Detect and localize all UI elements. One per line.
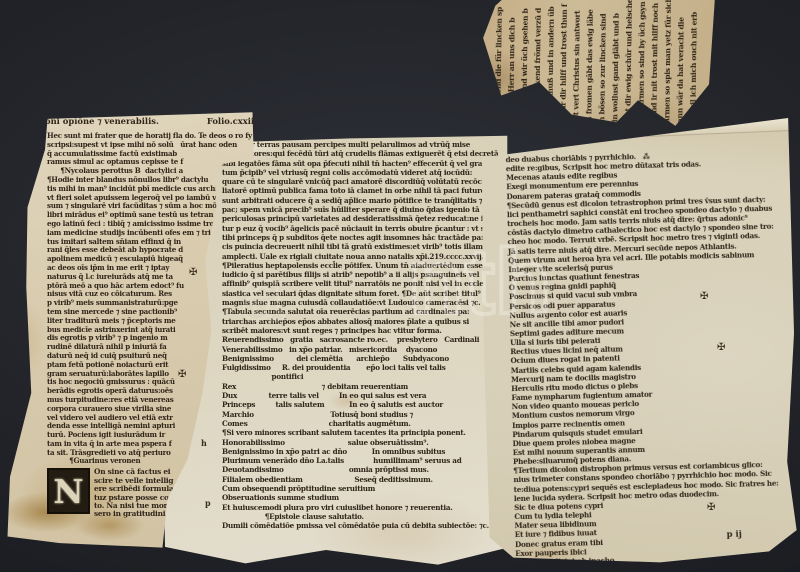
latin-text-line: Plurimum venerādo dn̄o La.talis humillim… [222, 456, 504, 465]
latin-text-line: ¶Epistole clause salutatio. [222, 512, 504, 521]
photo-of-incunabula-fragments: n werdend die für lincken spntil du Herr… [0, 0, 800, 572]
quire-letter-p: p [205, 499, 211, 507]
running-head: ōni opīōne ⁊ venerabilis. Folio.cxxii. [45, 116, 255, 126]
latin-text-line: tum p̄cipib⁹ vel vtriusq̄ regni colis ac… [222, 168, 504, 177]
latin-text-line: Rex ⁊ debitam reuerentiam [222, 382, 504, 391]
printed-cross-mark: ✠ [700, 292, 708, 302]
decorated-initial-N: N [47, 468, 90, 514]
printed-cross-mark: ✠ [189, 268, 197, 278]
latin-text-line: siastica vel seculari q̄das dignitate si… [222, 289, 504, 298]
printed-cross-mark: ✠ [178, 370, 186, 380]
latin-text-line: Fulgidissimo R. dei prouidentia ep̄o loc… [222, 363, 504, 372]
latin-text-line: quare cū te singularē vnicūq̄ paci amato… [222, 177, 504, 186]
rotated-text-block: n werdend die für lincken spntil du Herr… [491, 0, 711, 124]
latin-text-line: affinib⁹ quispiā scribere velit titul⁹ n… [222, 279, 504, 288]
latin-text-line: Filialem obedientiam Seseq̄ deditissimum… [222, 475, 504, 484]
latin-text-line: Marchio Totiusq̄ boni studius ⁊ [222, 410, 504, 419]
fragment-right-horace: deo duabus choriābis ⁊ pyrrhichio. ⁂edit… [477, 104, 800, 569]
quire-signature: p ij [727, 530, 742, 540]
printed-cross-mark: ✠ [717, 343, 725, 353]
latin-text-line: cis puincia decreuerit nihil tibi tā gra… [222, 242, 504, 251]
latin-text-line: tibi princeps q̄ p subditos q̄ete noctes… [222, 233, 504, 242]
latin-text-line: ¶Si vero minores scribant salutem tacent… [222, 428, 504, 437]
latin-text-line: tur p euz q̄ vocib⁹ āgelicis pacē nūciau… [222, 224, 504, 233]
latin-text-line: ¶Pileratius heptapolensis eccl̄ie pōtife… [222, 261, 504, 270]
german-text-line: n werdend die für lincken sp [491, 0, 506, 121]
latin-text-line: sunt arbitrati oducere q̄ a sediq̄ ap̄li… [222, 196, 504, 205]
running-title: ōni opīōne ⁊ venerabilis. [45, 116, 159, 126]
fragment-top-german: n werdend die für lincken spntil du Herr… [477, 0, 715, 138]
quire-letter-h: h [201, 439, 207, 447]
latin-text-line: Reuerendissimo gratia sacrosancte ro.ec.… [222, 335, 504, 344]
latin-text-line: Venerabilissimo in xp̄o patriar. miseric… [222, 345, 504, 354]
german-text-line: anck nackend frömd verzū d [530, 0, 545, 121]
latin-text-line: liatorē optimū publica fama toto iā clam… [222, 186, 504, 195]
latin-text-line: Dumili cōmēdatiōe pmissa vel cōmēdatōe p… [222, 521, 504, 530]
folio-number: Folio.cxxii. [207, 116, 255, 126]
latin-text-line: Obseruationis summe studium [222, 493, 504, 502]
initial-adjacent-lines: On sine cā factus eiscire te velle intel… [94, 468, 176, 518]
latin-text-line: triarchas archiep̄os ep̄os abbates alios… [222, 317, 504, 326]
right-text-block: deo duabus choriābis ⁊ pyrrhichio. ⁂edit… [506, 148, 794, 567]
printed-cross-mark: ✠ [707, 503, 715, 513]
latin-text-line: pontifici [222, 372, 504, 381]
latin-text-line: ¶Tabula secunda salutat oīa reuerēcias p… [222, 307, 504, 316]
latin-text-line: gnāuiter terras pausam percipes multi pe… [222, 140, 504, 149]
latin-text-line: scribēt maiores:vt sunt reges ⁊ principe… [222, 326, 504, 335]
latin-text-line: pac; spem vnicā precib⁹ suīs hūiliter sp… [222, 205, 504, 214]
center-text-block: gnāuiter terras pausam percipes multi pe… [222, 140, 504, 530]
latin-text-line: magnis siue magna cuiusdā collaudatiōe:v… [222, 298, 504, 307]
latin-text-line: Cum obsequendi prōptitudine seruitium [222, 484, 504, 493]
latin-text-line: periculosas principū varietates ad desid… [222, 214, 504, 223]
latin-text-line: Et huiuscemodi plura pro viri cuiuslibet… [222, 503, 504, 512]
latin-text-line: Deuotandissimo omnia prōptissi mus. [222, 465, 504, 474]
latin-text-line: Comes charitatis augmētum. [222, 419, 504, 428]
latin-text-line: iudicio q̄ si parētibus filijs si atrib⁹… [222, 270, 504, 279]
german-text-line: ntil du Herr an uns dich b [504, 0, 519, 121]
latin-text-line: Honorabilissimo salue obseruātissim⁹. [222, 438, 504, 447]
latin-text-line: Benignissimo in xp̄o patri ac dn̄o In om… [222, 447, 504, 456]
latin-text-line: sero in gratitudini [94, 510, 176, 518]
latin-text-line: rint oratores:qui fecēdū tūri atq̄ crude… [222, 149, 504, 158]
german-text-line: nn habend wir üch gsehen b [517, 0, 532, 121]
german-text-line: eß wil ich mich ouch nit erb [686, 0, 701, 123]
latin-text-line: Dux terre talis vel In eo qui salus est … [222, 391, 504, 400]
latin-text-line: amplecti. Uale ex rigiali ciuitate noua … [222, 252, 504, 261]
latin-text-line: sibi legatōes fāma sūt opa p̄fecuti nihi… [222, 159, 504, 168]
latin-text-line: Benignissimo dei clemētia archiep̄o Subd… [222, 354, 504, 363]
german-text-line: gfengknuß und in andern üb [543, 0, 558, 121]
latin-text-line: Princeps talis salutem In eo q̄ salutis … [222, 400, 504, 409]
